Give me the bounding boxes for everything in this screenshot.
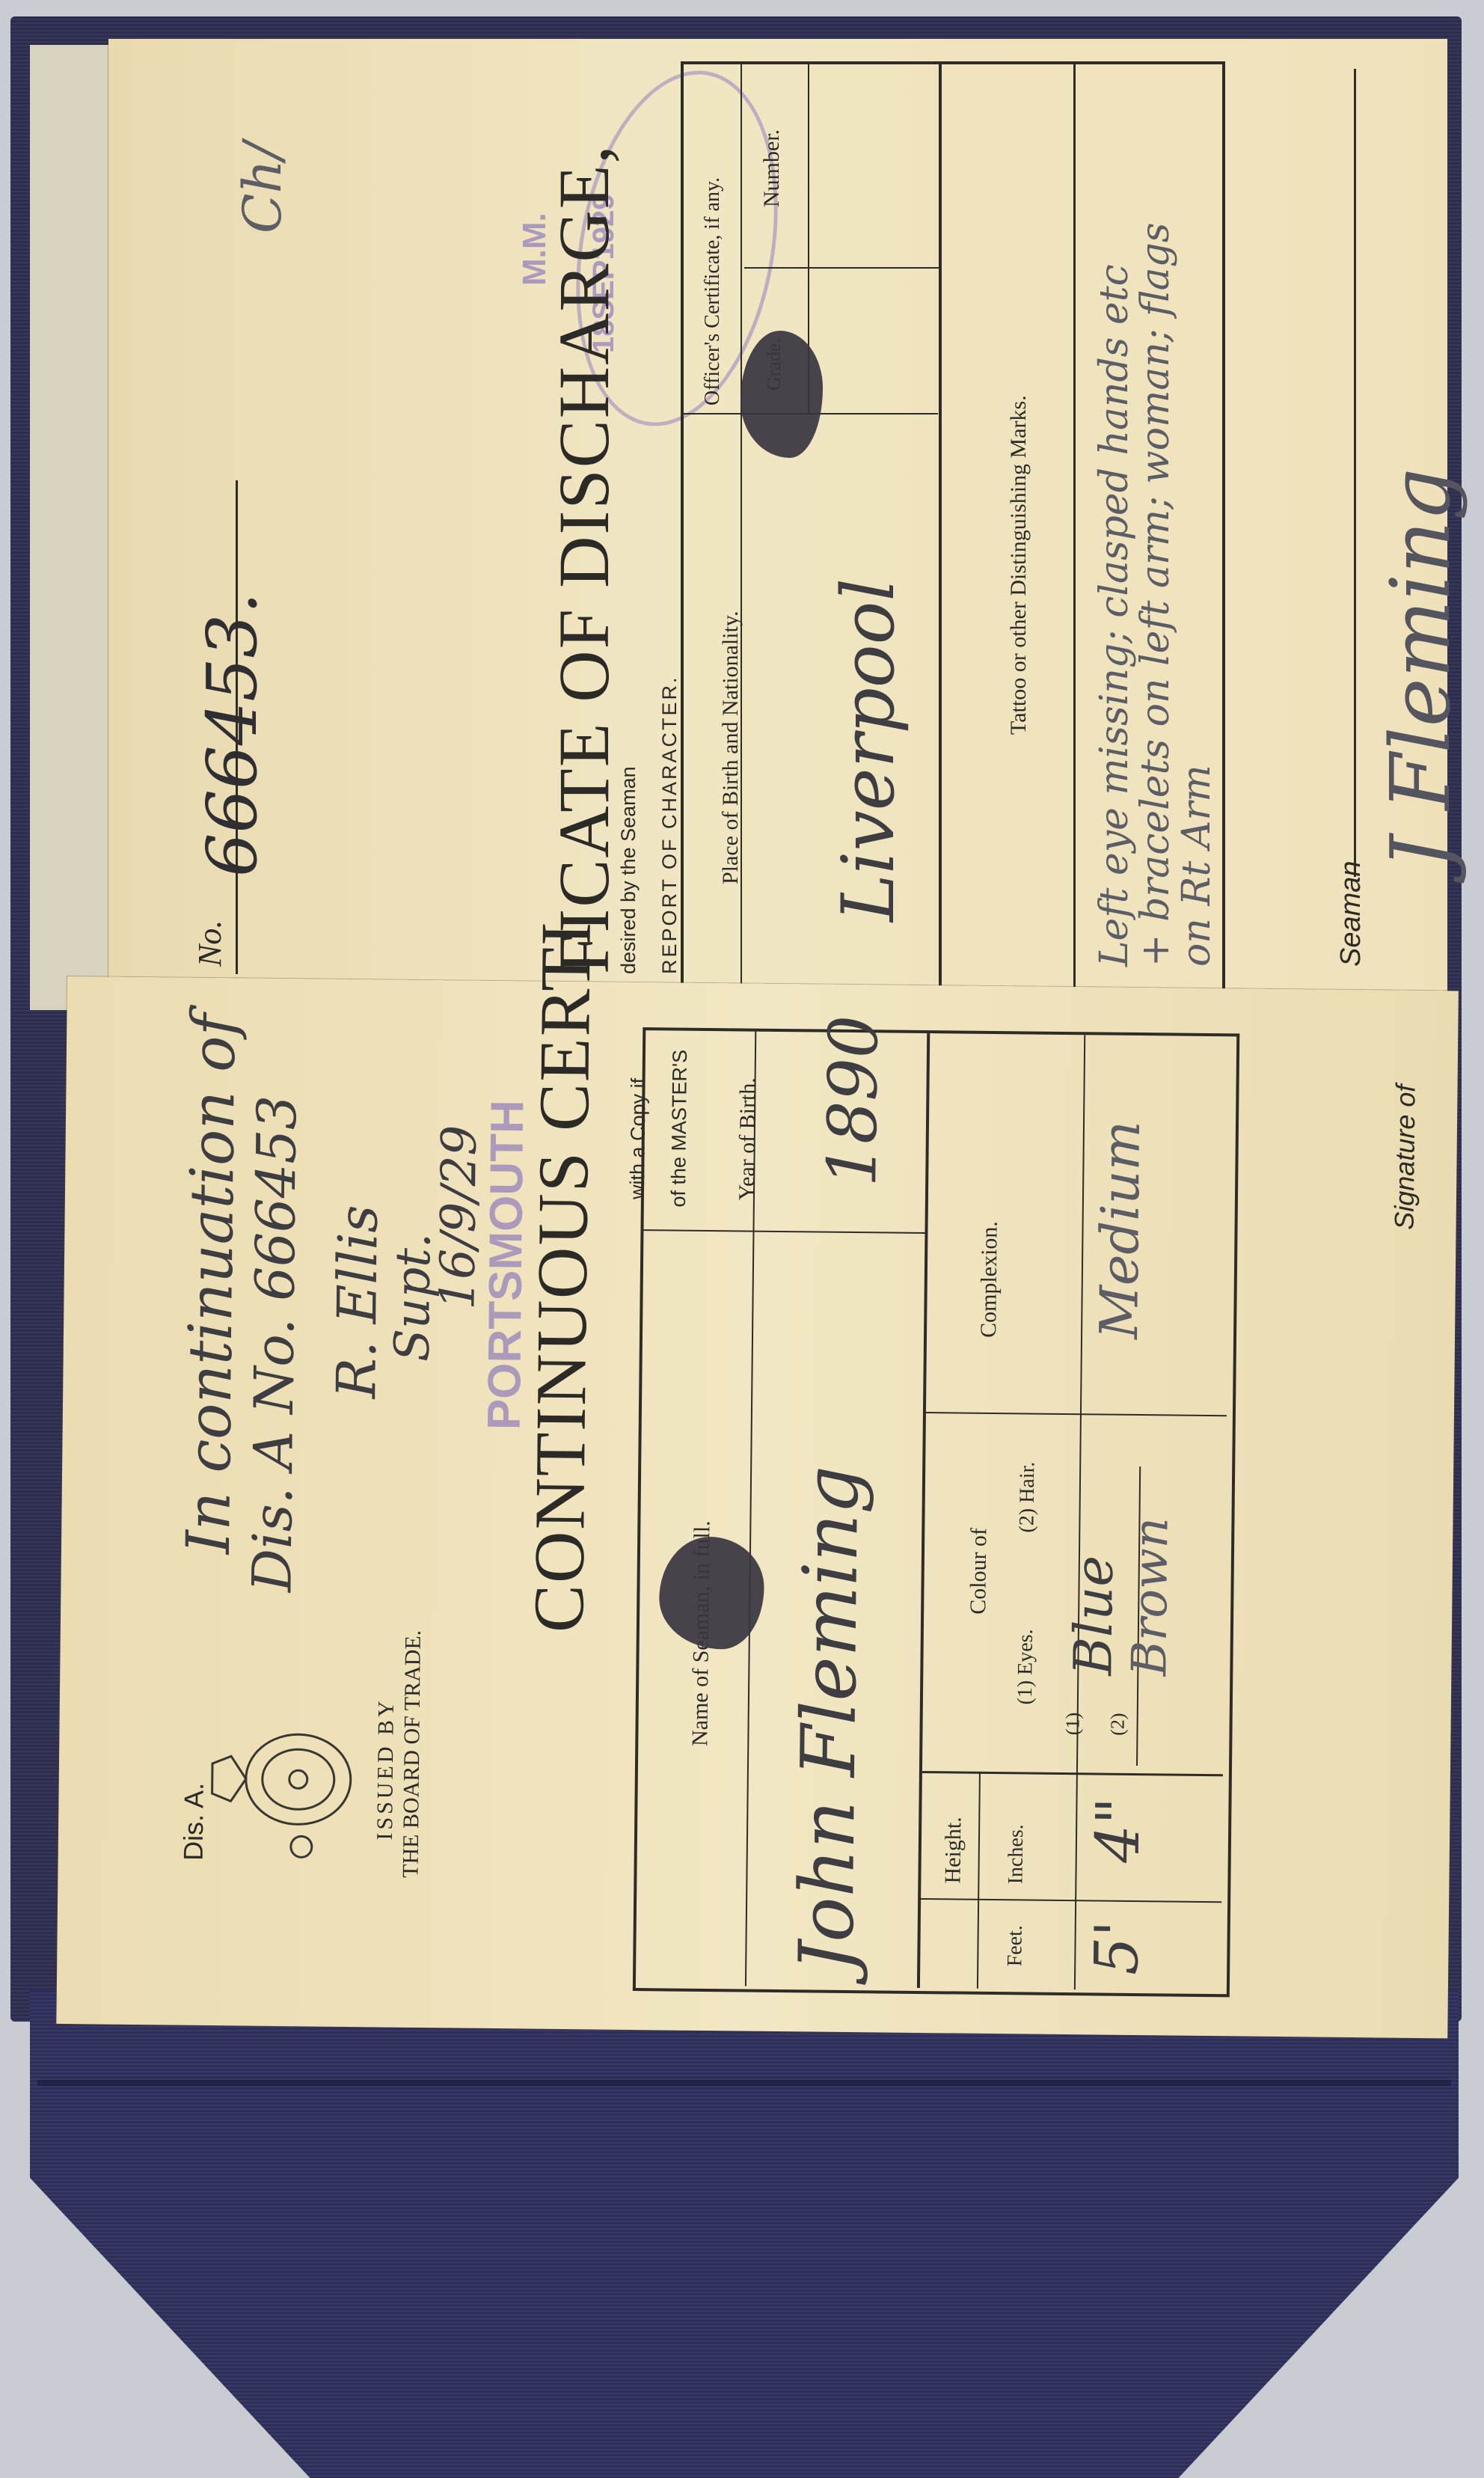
marks-value-line2: + bracelets on left arm; woman; flags	[1133, 222, 1178, 967]
height-header: Height.	[940, 1817, 966, 1884]
lower-page: Dis. A. ISSUED BY THE BOARD OF TRADE. In…	[56, 976, 1459, 2038]
eyes-value: Blue	[1062, 1555, 1125, 1676]
corner-mark: Ch/	[232, 142, 293, 233]
cover-flap	[30, 1990, 1459, 2478]
officers-cert-header: Officer's Certificate, if any.	[701, 177, 725, 406]
seaman-label: Seaman	[1335, 860, 1367, 967]
official-signature: R. Ellis	[325, 1205, 390, 1398]
year-of-birth-header: Year of Birth.	[735, 1077, 761, 1201]
continuation-note-line1: In continuation of	[174, 1013, 249, 1554]
signature-line	[1354, 69, 1356, 877]
page-underlay	[30, 45, 112, 1010]
marks-value-line3: on Rt Arm	[1174, 765, 1219, 967]
birthplace-value: Liverpool	[827, 578, 910, 922]
seaman-signature: J Fleming	[1373, 468, 1468, 869]
number-label: Number.	[759, 129, 785, 207]
number-underline	[236, 480, 238, 974]
issued-by-line1: ISSUED BY	[372, 1698, 399, 1841]
ink-blot	[741, 331, 823, 458]
upper-subtitle-2: REPORT OF CHARACTER.	[658, 675, 681, 974]
col-divider	[939, 64, 942, 989]
issued-by-line2: THE BOARD OF TRADE.	[398, 1630, 426, 1878]
feet-value: 5'	[1082, 1920, 1152, 1975]
complexion-value: Medium	[1088, 1121, 1152, 1340]
inches-label: Inches.	[1004, 1824, 1028, 1884]
lower-title: CONTINUOUS CERTI	[517, 920, 607, 1633]
hair-label: (2) Hair.	[1015, 1461, 1040, 1532]
board-of-trade-crest-icon	[207, 1696, 359, 1885]
upper-page: No. 666453. Ch/ M.M. 18SEP1929 FICATE OF…	[108, 39, 1447, 1012]
birthplace-header: Place of Birth and Nationality.	[718, 611, 743, 884]
hair-index: (2)	[1106, 1713, 1129, 1736]
feet-label: Feet.	[1003, 1925, 1028, 1967]
col-divider	[1073, 64, 1076, 989]
inches-value: 4"	[1083, 1797, 1153, 1864]
certificate-number-value: 666453.	[192, 593, 272, 877]
eyes-label: (1) Eyes.	[1014, 1629, 1038, 1704]
colour-of-header: Colour of	[966, 1528, 992, 1615]
year-of-birth-value: 1890	[813, 1015, 893, 1187]
marks-header: Tattoo or other Distinguishing Marks.	[1006, 395, 1031, 735]
eyes-index: (1)	[1061, 1713, 1084, 1736]
upper-subtitle-1: desired by the Seaman	[617, 766, 640, 974]
upper-title: FICATE OF DISCHARGE,	[542, 144, 625, 974]
hair-value: Brown	[1122, 1517, 1179, 1677]
marks-value-line1: Left eye missing; clasped hands etc	[1092, 264, 1137, 967]
flap-fold-line	[37, 2080, 1451, 2086]
row-divider	[744, 267, 939, 269]
complexion-header: Complexion.	[976, 1221, 1003, 1338]
certificate-number-label: No.	[191, 920, 229, 967]
signature-of-label: Signature of	[1389, 1084, 1422, 1230]
form-code: Dis. A.	[178, 1783, 210, 1861]
seaman-name-value: John Fleming	[782, 1465, 875, 1972]
continuation-note-line2: Dis. A No. 666453	[240, 1095, 308, 1592]
